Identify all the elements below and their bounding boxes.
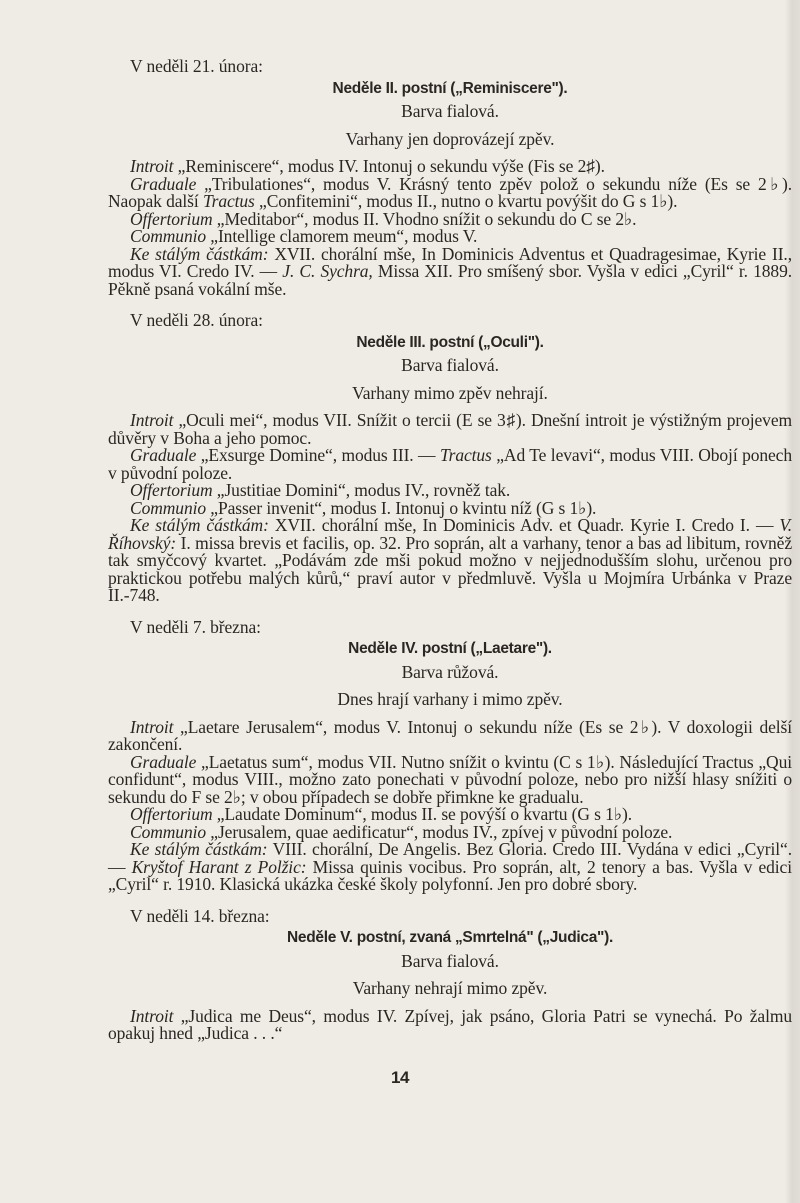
organ-instruction: Varhany nehrají mimo zpěv.	[108, 980, 792, 998]
ordinary-paragraph: Ke stálým částkám: XVII. chorální mše, I…	[108, 246, 792, 299]
ordinary-paragraph: Ke stálým částkám: XVII. chorální mše, I…	[108, 517, 792, 605]
section-date: V neděli 7. března:	[130, 619, 792, 637]
graduale-text: „Exsurge Domine“, modus III. —	[196, 445, 440, 465]
tractus-label: Tractus	[440, 445, 492, 465]
sunday-section-14-mar: V neděli 14. března: Neděle V. postní, z…	[108, 908, 792, 1043]
sunday-title: Neděle V. postní, zvaná „Smrtelná" („Jud…	[108, 929, 792, 947]
introit-paragraph: Introit „Judica me Deus“, modus IV. Zpív…	[108, 1008, 792, 1043]
section-date: V neděli 14. března:	[130, 908, 792, 926]
graduale-paragraph: Graduale „Laetatus sum“, modus VII. Nutn…	[108, 754, 792, 807]
sunday-section-7-mar: V neděli 7. března: Neděle IV. postní („…	[108, 619, 792, 894]
mass-description: I. missa brevis et facilis, op. 32. Pro …	[108, 533, 792, 606]
introit-text: „Oculi mei“, modus VII. Snížit o tercii …	[108, 410, 792, 448]
graduale-text: „Laetatus sum“, modus VII. Nutno snížit …	[108, 752, 792, 807]
introit-text: „Judica me Deus“, modus IV. Zpívej, jak …	[108, 1006, 792, 1044]
liturgical-color: Barva růžová.	[108, 664, 792, 682]
liturgical-color: Barva fialová.	[108, 103, 792, 121]
page-number: 14	[0, 1068, 800, 1088]
sunday-section-21-feb: V neděli 21. února: Neděle II. postní („…	[108, 58, 792, 298]
introit-text: „Laetare Jerusalem“, modus V. Intonuj o …	[108, 717, 792, 755]
organ-instruction: Varhany mimo zpěv nehrají.	[108, 385, 792, 403]
organ-instruction: Dnes hrají varhany i mimo zpěv.	[108, 691, 792, 709]
section-date: V neděli 21. února:	[130, 58, 792, 76]
organ-instruction: Varhany jen doprovázejí zpěv.	[108, 131, 792, 149]
sunday-title: Neděle II. postní („Reminiscere").	[108, 80, 792, 98]
sunday-section-28-feb: V neděli 28. února: Neděle III. postní (…	[108, 312, 792, 605]
introit-paragraph: Introit „Oculi mei“, modus VII. Snížit o…	[108, 412, 792, 447]
liturgical-color: Barva fialová.	[108, 953, 792, 971]
section-date: V neděli 28. února:	[130, 312, 792, 330]
page-content: V neděli 21. února: Neděle II. postní („…	[108, 58, 792, 1043]
sunday-title: Neděle III. postní („Oculi").	[108, 334, 792, 352]
composer-name: J. C. Sychra,	[282, 261, 372, 281]
liturgical-color: Barva fialová.	[108, 357, 792, 375]
sunday-title: Neděle IV. postní („Laetare").	[108, 640, 792, 658]
graduale-paragraph: Graduale „Exsurge Domine“, modus III. — …	[108, 447, 792, 482]
document-page: V neděli 21. února: Neděle II. postní („…	[0, 0, 800, 1203]
introit-paragraph: Introit „Laetare Jerusalem“, modus V. In…	[108, 719, 792, 754]
graduale-paragraph: Graduale „Tribulationes“, modus V. Krásn…	[108, 176, 792, 211]
ordinary-paragraph: Ke stálým částkám: VIII. chorální, De An…	[108, 841, 792, 894]
